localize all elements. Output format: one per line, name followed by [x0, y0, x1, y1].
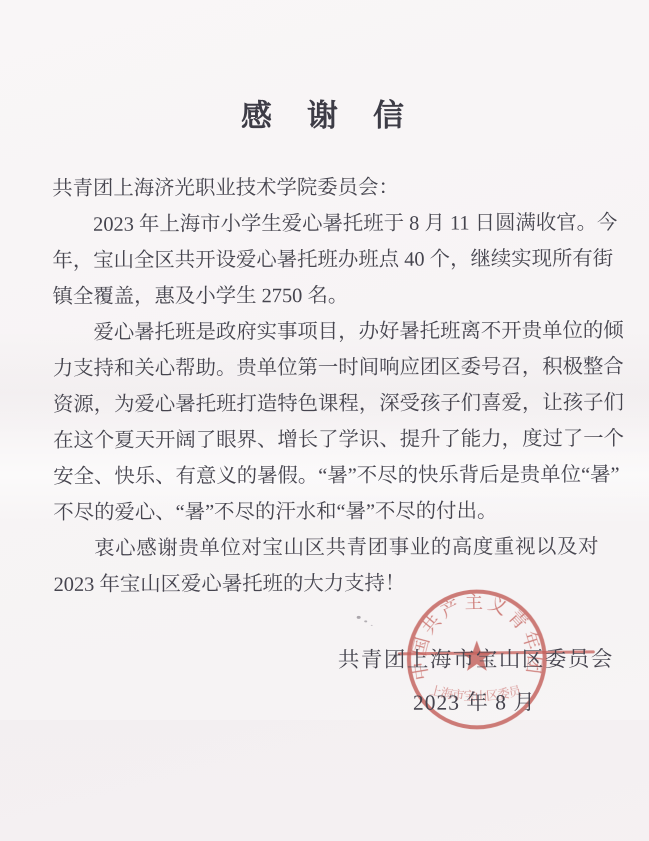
letter-body: 共青团上海济光职业技术学院委员会： 2023 年上海市小学生爱心暑托班于 8 月… — [52, 169, 599, 603]
body-line: 爱心暑托班是政府实事项目，办好暑托班离不开贵单位的倾 — [53, 313, 598, 351]
body-line: 镇全覆盖，惠及小学生 2750 名。 — [53, 277, 598, 315]
letter-title: 感 谢 信 — [0, 89, 648, 136]
body-line: 衷心感谢贵单位对宝山区共青团事业的高度重视以及对 — [53, 529, 598, 567]
body-line: 2023 年上海市小学生爱心暑托班于 8 月 11 日圆满收官。今 — [52, 205, 597, 243]
body-line: 年，宝山全区共开设爱心暑托班办班点 40 个，继续实现所有街 — [52, 241, 597, 279]
salutation: 共青团上海济光职业技术学院委员会： — [52, 169, 597, 207]
body-line: 资源，为爱心暑托班打造特色课程，深受孩子们喜爱，让孩子们 — [53, 385, 598, 423]
paragraph-2: 爱心暑托班是政府实事项目，办好暑托班离不开贵单位的倾力支持和关心帮助。贵单位第一… — [53, 313, 599, 531]
letter-date: 2023 年 8 月 — [413, 685, 536, 716]
letter-content: 感 谢 信 共青团上海济光职业技术学院委员会： 2023 年上海市小学生爱心暑托… — [0, 0, 649, 841]
body-line: 在这个夏天开阔了眼界、增长了学识、提升了能力，度过了一个 — [53, 421, 598, 459]
paragraph-1: 2023 年上海市小学生爱心暑托班于 8 月 11 日圆满收官。今年，宝山全区共… — [52, 205, 597, 315]
body-line: 安全、快乐、有意义的暑假。“暑”不尽的快乐背后是贵单位“暑” — [53, 457, 598, 495]
scanned-letter-page: 感 谢 信 共青团上海济光职业技术学院委员会： 2023 年上海市小学生爱心暑托… — [0, 0, 649, 841]
body-line: 不尽的爱心、“暑”不尽的汗水和“暑”不尽的付出。 — [53, 493, 598, 531]
signature-org: 共青团上海市宝山区委员会 — [338, 642, 614, 674]
body-line: 力支持和关心帮助。贵单位第一时间响应团区委号召，积极整合 — [53, 349, 598, 387]
ink-smudge — [357, 616, 361, 619]
